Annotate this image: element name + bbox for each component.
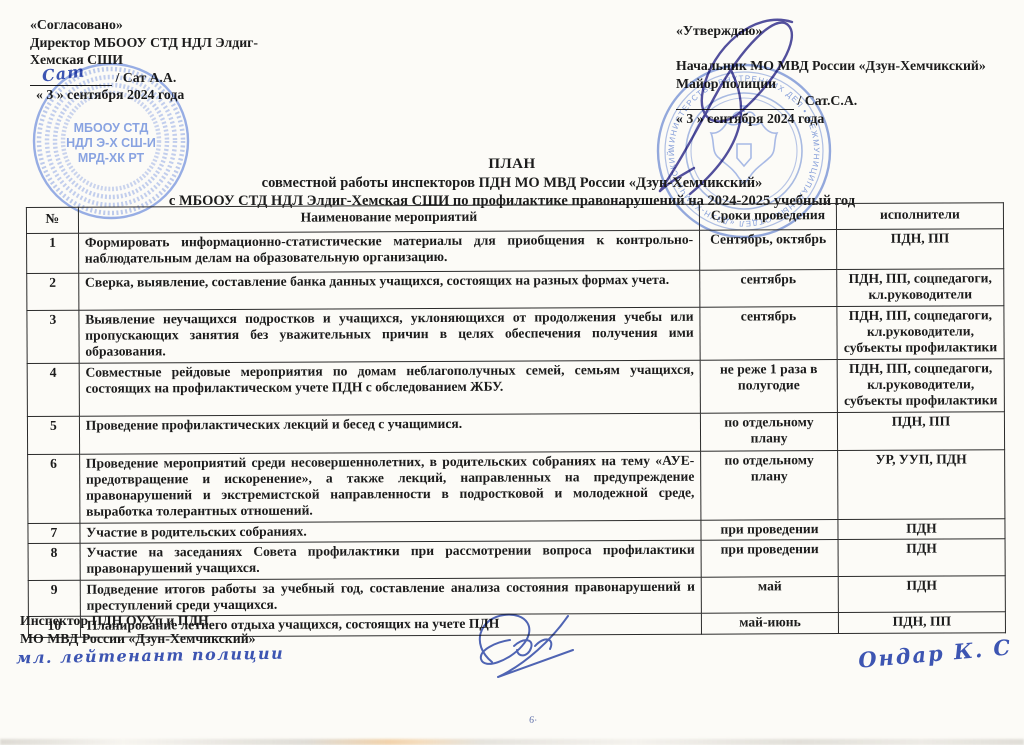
row-num: 6 <box>28 454 80 524</box>
row-period: сентябрь <box>700 270 837 307</box>
table-row: 5 Проведение профилактических лекций и б… <box>27 411 1004 454</box>
row-period: не реже 1 раза в полугодие <box>700 359 837 413</box>
row-period: Сентябрь, октябрь <box>700 230 837 271</box>
inspector-block: Инспектор ПДН ОУУп и ПДН МО МВД России «… <box>20 612 256 647</box>
row-name: Подведение итогов работы за учебный год,… <box>80 577 702 617</box>
row-executors: УР, УУП, ПДН <box>837 449 1004 519</box>
row-executors: ПДН <box>838 575 1005 612</box>
approval-left-label: «Согласовано» <box>30 16 258 34</box>
row-num: 8 <box>28 543 80 580</box>
school-stamp-line1: МБООУ СТД <box>74 121 149 135</box>
row-executors: ПДН, ПП <box>838 612 1005 633</box>
row-num: 4 <box>27 363 79 416</box>
row-name: Участие на заседаниях Совета профилактик… <box>80 540 702 580</box>
table-row: 2 Сверка, выявление, составление банка д… <box>27 269 1004 310</box>
row-period: при проведении <box>701 519 838 540</box>
row-executors: ПДН, ПП, соцпедагоги, кл.руководители, с… <box>837 358 1004 412</box>
row-num: 3 <box>27 310 79 363</box>
scanned-document-page: «Согласовано» Директор МБООУ СТД НДЛ Элд… <box>0 0 1024 745</box>
col-header-executors: исполнители <box>836 203 1003 230</box>
row-period: при проведении <box>701 540 838 577</box>
plan-table: № Наименование мероприятий Сроки проведе… <box>26 202 1006 637</box>
row-period: май-июнь <box>702 613 839 634</box>
handwritten-name: Ондар К. С <box>857 634 1013 672</box>
row-period: май <box>701 576 838 613</box>
row-executors: ПДН, ПП <box>837 411 1004 450</box>
row-executors: ПДН, ПП <box>836 229 1003 270</box>
row-num: 2 <box>27 273 79 310</box>
table-row: 6 Проведение мероприятий среди несоверше… <box>28 449 1005 523</box>
row-executors: ПДН <box>838 539 1005 576</box>
inspector-signature <box>452 606 587 691</box>
scan-edge-artifact <box>0 739 1024 745</box>
col-header-num: № <box>26 207 78 233</box>
row-name: Выявление неучащихся подростков и учащих… <box>79 307 701 363</box>
table-row: 3 Выявление неучащихся подростков и учащ… <box>27 305 1004 363</box>
title-line2: совместной работы инспекторов ПДН МО МВД… <box>0 174 1024 193</box>
col-header-name: Наименование мероприятий <box>78 204 699 233</box>
col-header-period: Сроки проведения <box>700 204 837 231</box>
table-row: 8 Участие на заседаниях Совета профилакт… <box>28 539 1005 580</box>
row-num: 7 <box>28 523 80 544</box>
inspector-line1: Инспектор ПДН ОУУп и ПДН <box>20 612 256 630</box>
row-executors: ПДН, ПП, соцпедагоги, кл.руководители, с… <box>837 305 1004 359</box>
row-name: Совместные рейдовые мероприятия по домам… <box>79 360 701 416</box>
row-name: Проведение мероприятий среди несовершенн… <box>79 451 701 523</box>
row-period: по отдельному плану <box>701 412 838 451</box>
row-num: 5 <box>27 416 79 454</box>
approval-left-line1: Директор МБООУ СТД НДЛ Элдиг- <box>30 34 258 52</box>
row-executors: ПДН, ПП, соцпедагоги, кл.руководители <box>837 269 1004 306</box>
plan-table-container: № Наименование мероприятий Сроки проведе… <box>26 202 1006 637</box>
row-name: Сверка, выявление, составление банка дан… <box>78 270 700 310</box>
row-executors: ПДН <box>838 518 1005 539</box>
title-line1: ПЛАН <box>0 155 1024 174</box>
row-period: по отдельному плану <box>701 450 838 520</box>
stray-mark: 6· <box>528 714 538 726</box>
table-row: 4 Совместные рейдовые мероприятия по дом… <box>27 358 1004 416</box>
row-period: сентябрь <box>700 306 837 360</box>
handwritten-rank: мл. лейтенант полиции <box>16 644 284 668</box>
row-num: 1 <box>27 233 79 273</box>
school-stamp-line2: НДЛ Э-Х СШ-И <box>66 136 156 150</box>
row-name: Проведение профилактических лекций и бес… <box>79 413 701 454</box>
table-row: 1 Формировать информационно-статистическ… <box>27 229 1004 274</box>
row-name: Формировать информационно-статистические… <box>78 230 700 273</box>
